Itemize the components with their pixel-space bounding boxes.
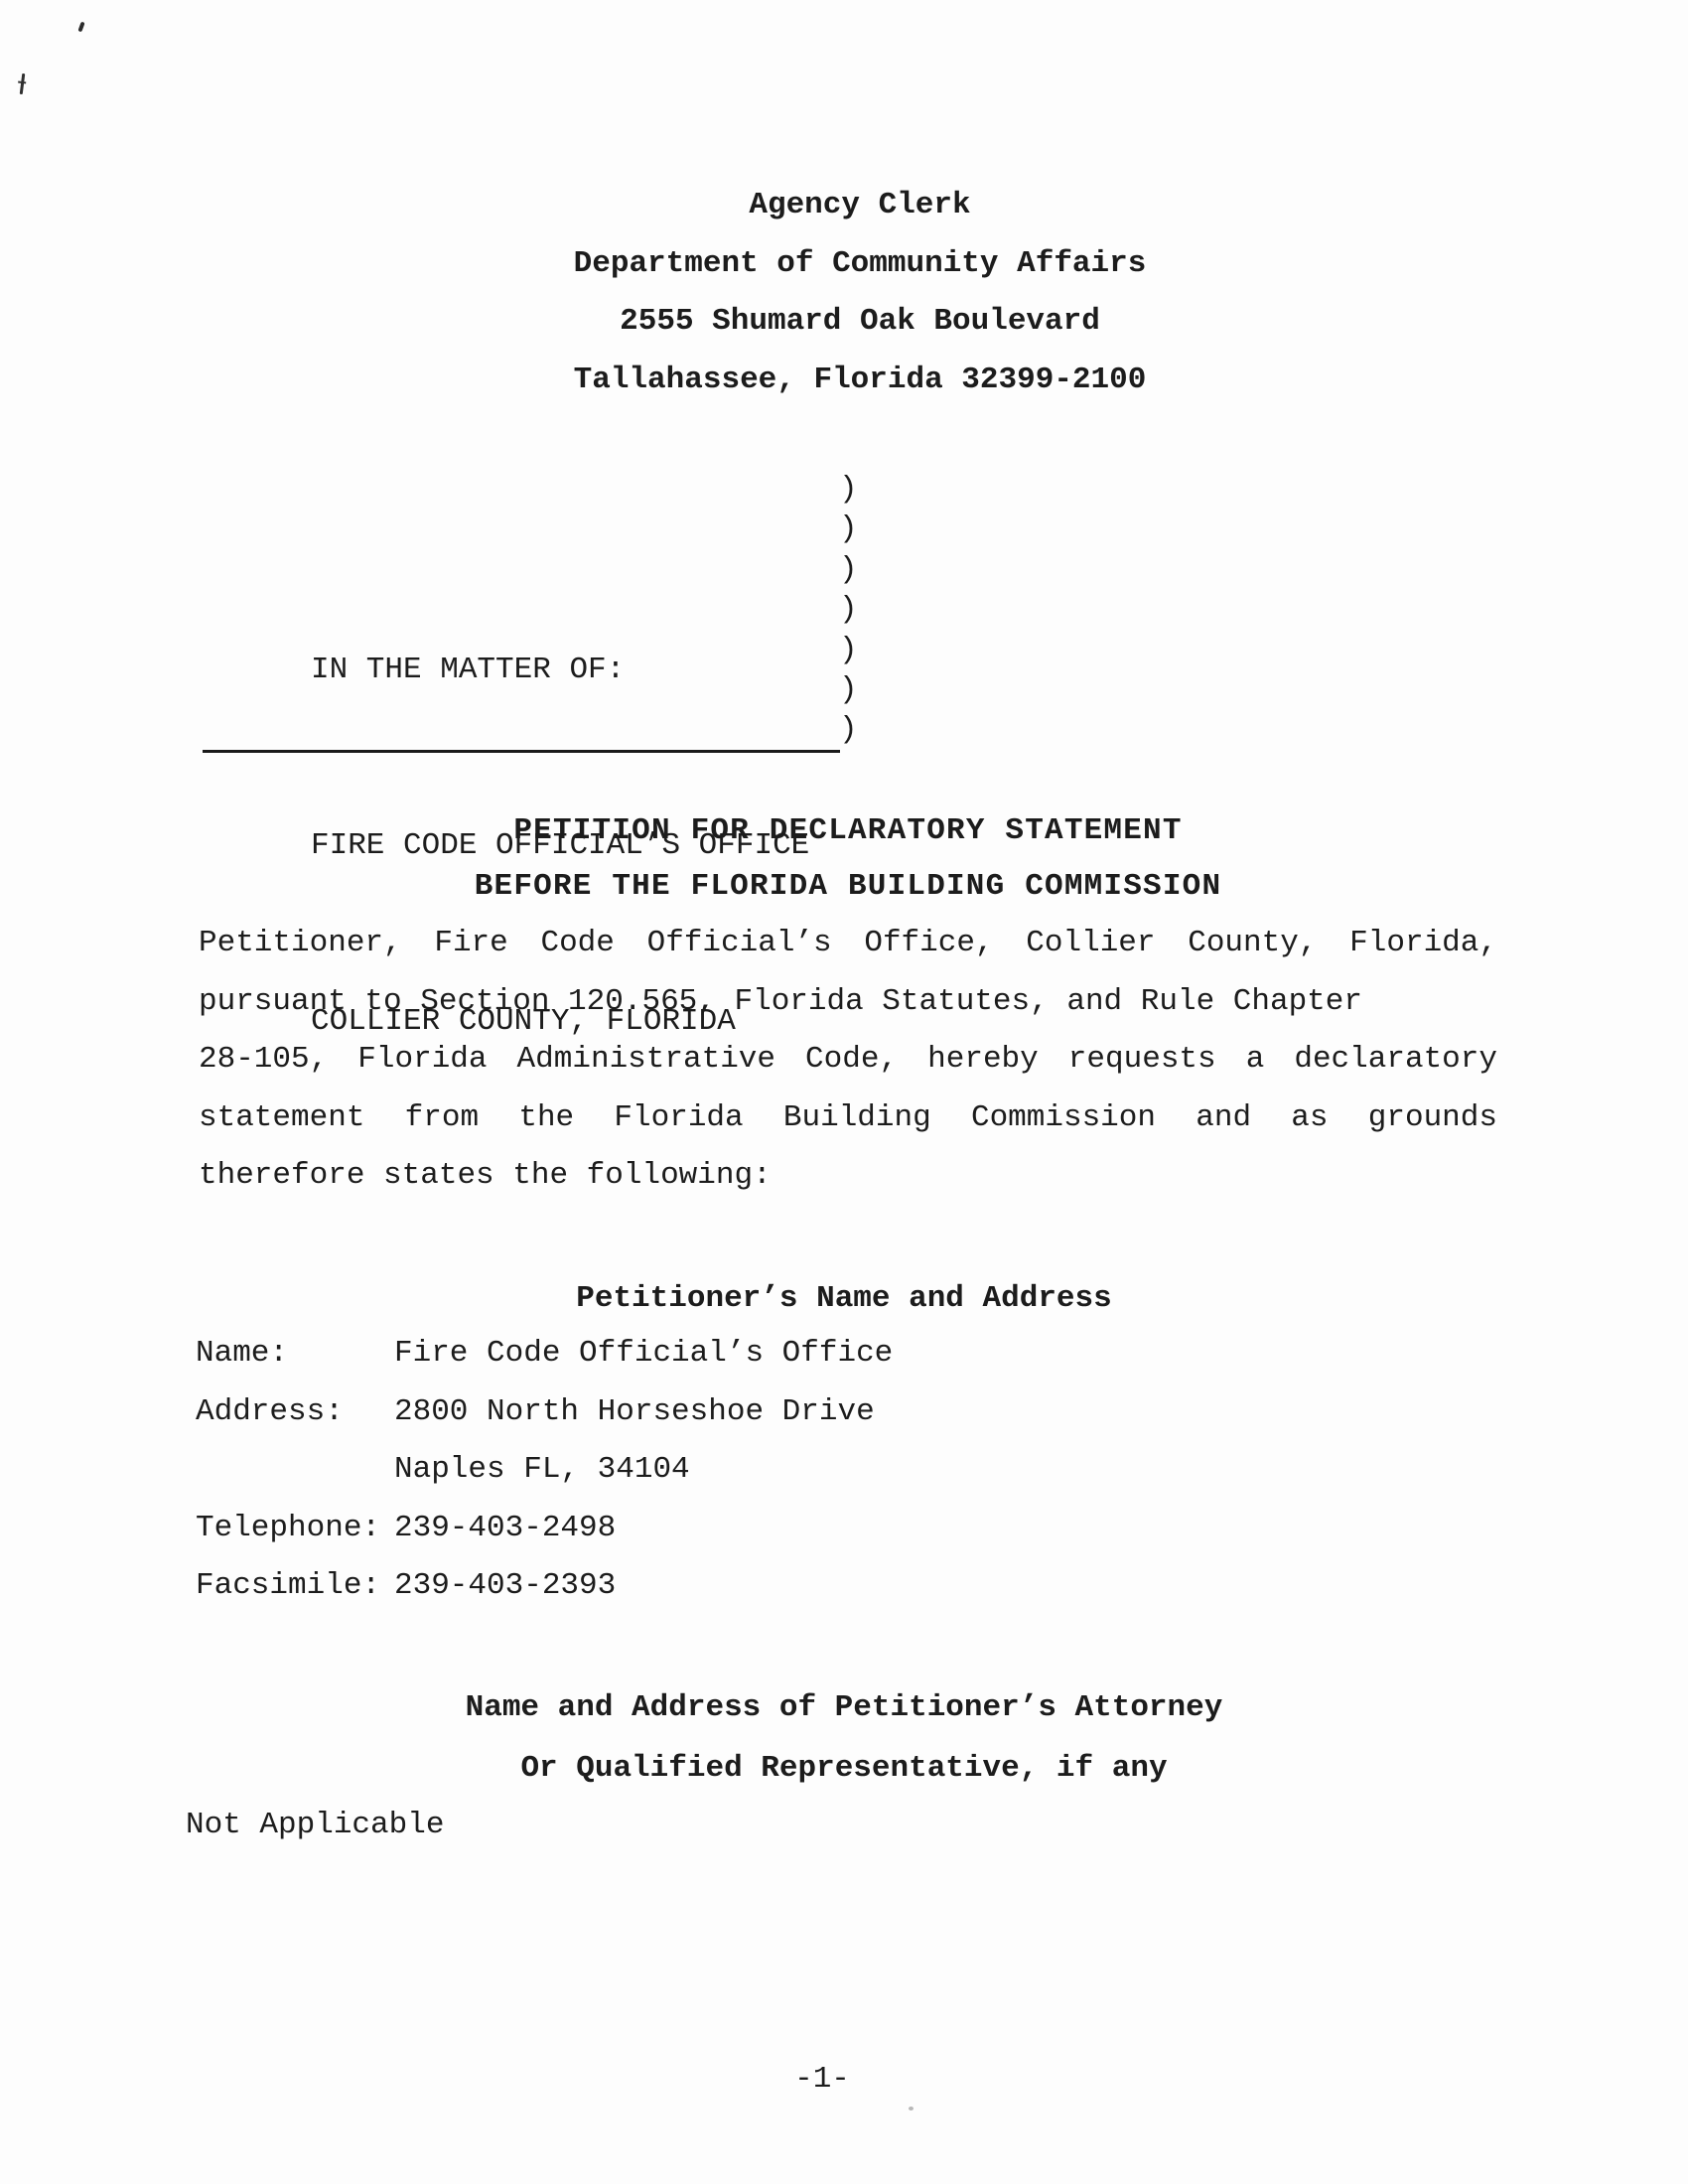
recipient-address-block: Agency Clerk Department of Community Aff…: [0, 177, 1688, 409]
petitioner-contact-block: Name: Fire Code Official’s Office Addres…: [196, 1325, 893, 1616]
paren-glyph: ): [839, 631, 858, 670]
contact-row: Name: Fire Code Official’s Office: [196, 1325, 893, 1383]
contact-label: Telephone:: [196, 1500, 394, 1558]
contact-value: Fire Code Official’s Office: [394, 1325, 893, 1383]
recipient-line: Agency Clerk: [32, 177, 1688, 235]
paren-glyph: ): [839, 590, 858, 630]
attorney-heading-line: Name and Address of Petitioner’s Attorne…: [0, 1677, 1688, 1738]
contact-row: Naples FL, 34104: [196, 1441, 893, 1500]
recipient-line: Tallahassee, Florida 32399-2100: [32, 352, 1688, 410]
contact-value: Naples FL, 34104: [394, 1441, 690, 1500]
contact-value: 239-403-2498: [394, 1500, 616, 1558]
contact-label: [196, 1441, 394, 1500]
paren-glyph: ): [839, 510, 858, 549]
contact-row: Facsimile: 239-403-2393: [196, 1557, 893, 1616]
paren-glyph: ): [839, 670, 858, 710]
scan-artifact: [77, 22, 84, 33]
title-line: PETITION FOR DECLARATORY STATEMENT: [8, 803, 1688, 859]
title-line: BEFORE THE FLORIDA BUILDING COMMISSION: [8, 859, 1688, 915]
paren-glyph: ): [839, 470, 858, 510]
contact-label: Name:: [196, 1325, 394, 1383]
caption-line: IN THE MATTER OF:: [311, 641, 809, 699]
contact-row: Address: 2800 North Horseshoe Drive: [196, 1383, 893, 1442]
contact-row: Telephone: 239-403-2498: [196, 1500, 893, 1558]
paragraph-line: 28-105, Florida Administrative Code, her…: [199, 1031, 1497, 1090]
page-number: -1-: [0, 2064, 1688, 2095]
paragraph-line: therefore states the following:: [199, 1147, 1497, 1206]
paragraph-line: Petitioner, Fire Code Official’s Office,…: [199, 915, 1497, 973]
document-title: PETITION FOR DECLARATORY STATEMENT BEFOR…: [0, 803, 1688, 914]
contact-value: 2800 North Horseshoe Drive: [394, 1383, 875, 1442]
attorney-heading-line: Or Qualified Representative, if any: [0, 1738, 1688, 1799]
paren-glyph: ): [839, 550, 858, 590]
opening-paragraph: Petitioner, Fire Code Official’s Office,…: [199, 915, 1497, 1206]
recipient-line: Department of Community Affairs: [32, 235, 1688, 294]
paren-glyph: ): [839, 710, 858, 750]
paragraph-line: pursuant to Section 120.565, Florida Sta…: [199, 973, 1497, 1032]
attorney-section-heading: Name and Address of Petitioner’s Attorne…: [0, 1677, 1688, 1799]
contact-value: 239-403-2393: [394, 1557, 616, 1616]
not-applicable-text: Not Applicable: [186, 1810, 444, 1840]
scan-artifact: [20, 73, 26, 94]
paragraph-line: statement from the Florida Building Comm…: [199, 1090, 1497, 1148]
contact-label: Address:: [196, 1383, 394, 1442]
scan-artifact: [909, 2107, 914, 2111]
caption-underline: [203, 750, 840, 753]
recipient-line: 2555 Shumard Oak Boulevard: [32, 293, 1688, 352]
contact-label: Facsimile:: [196, 1557, 394, 1616]
caption-paren-column: ) ) ) ) ) ) ): [839, 470, 858, 751]
scanned-petition-page: Agency Clerk Department of Community Aff…: [0, 0, 1688, 2184]
petitioner-section-heading: Petitioner’s Name and Address: [0, 1283, 1688, 1314]
